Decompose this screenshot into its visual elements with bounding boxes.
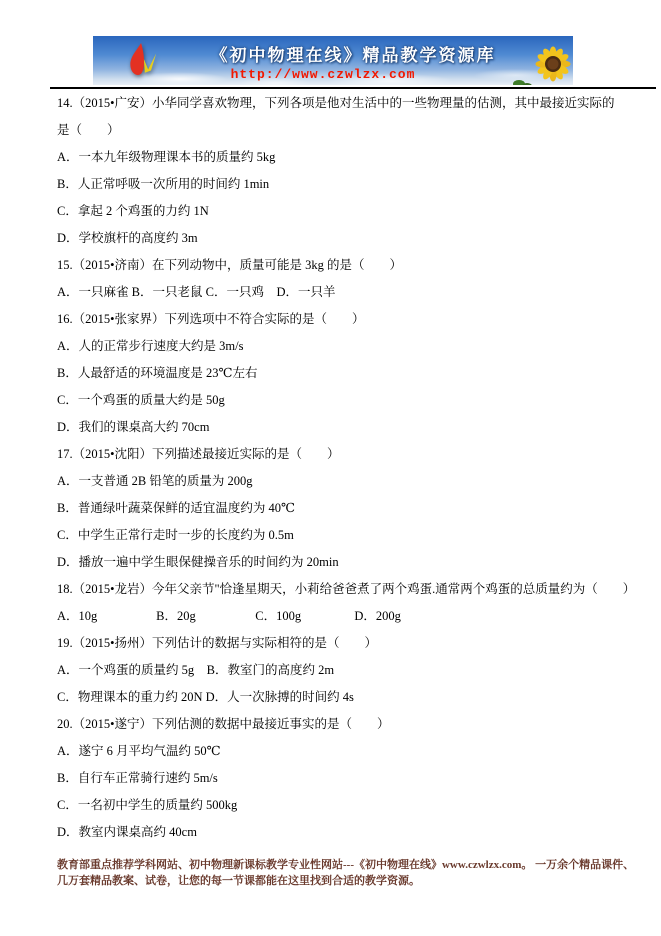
- option-row-cd: C．物理课本的重力约 20N D．人一次脉搏的时间约 4s: [57, 684, 653, 711]
- question-stem: 16.（2015•张家界）下列选项中不符合实际的是（ ）: [57, 306, 653, 333]
- question-list: 14.（2015•广安）小华同学喜欢物理，下列各项是他对生活中的一些物理量的估测…: [57, 90, 653, 846]
- question-20: 20.（2015•遂宁）下列估测的数据中最接近事实的是（ ） A．遂宁 6 月平…: [57, 711, 653, 846]
- question-stem: 14.（2015•广安）小华同学喜欢物理，下列各项是他对生活中的一些物理量的估测…: [57, 90, 653, 117]
- option-a: A．一支普通 2B 铅笔的质量为 200g: [57, 468, 653, 495]
- option-b: B．人正常呼吸一次所用的时间约 1min: [57, 171, 653, 198]
- banner-url-link[interactable]: http://www.czwlzx.com: [133, 67, 513, 82]
- option-a: A．人的正常步行速度大约是 3m/s: [57, 333, 653, 360]
- option-d: D．播放一遍中学生眼保健操音乐的时间约为 20min: [57, 549, 653, 576]
- divider-rule: [50, 87, 656, 89]
- footer-note: 教育部重点推荐学科网站、初中物理新课标教学专业性网站---《初中物理在线》www…: [57, 857, 643, 889]
- option-a: A．一本九年级物理课本书的质量约 5kg: [57, 144, 653, 171]
- option-d: D．学校旗杆的高度约 3m: [57, 225, 653, 252]
- document-page: 《初中物理在线》精品教学资源库 http://www.czwlzx.com: [0, 0, 661, 936]
- option-a: A．遂宁 6 月平均气温约 50℃: [57, 738, 653, 765]
- question-stem: 17.（2015•沈阳）下列描述最接近实际的是（ ）: [57, 441, 653, 468]
- question-17: 17.（2015•沈阳）下列描述最接近实际的是（ ） A．一支普通 2B 铅笔的…: [57, 441, 653, 576]
- question-16: 16.（2015•张家界）下列选项中不符合实际的是（ ） A．人的正常步行速度大…: [57, 306, 653, 441]
- option-row-ab: A．一个鸡蛋的质量约 5g B．教室门的高度约 2m: [57, 657, 653, 684]
- option-b: B．普通绿叶蔬菜保鲜的适宜温度约为 40℃: [57, 495, 653, 522]
- question-stem-continued: 是（ ）: [57, 117, 653, 144]
- option-d: D．我们的课桌高大约 70cm: [57, 414, 653, 441]
- option-c: C．一个鸡蛋的质量大约是 50g: [57, 387, 653, 414]
- question-19: 19.（2015•扬州）下列估计的数据与实际相符的是（ ） A．一个鸡蛋的质量约…: [57, 630, 653, 711]
- option-b: B．20g: [156, 603, 252, 630]
- question-stem: 18.（2015•龙岩）今年父亲节"恰逢星期天，小莉给爸爸煮了两个鸡蛋.通常两个…: [57, 576, 653, 603]
- site-banner: 《初中物理在线》精品教学资源库 http://www.czwlzx.com: [93, 36, 573, 85]
- banner-title: 《初中物理在线》精品教学资源库: [163, 41, 543, 66]
- question-14: 14.（2015•广安）小华同学喜欢物理，下列各项是他对生活中的一些物理量的估测…: [57, 90, 653, 252]
- question-stem: 15.（2015•济南）在下列动物中，质量可能是 3kg 的是（ ）: [57, 252, 653, 279]
- option-d: D．200g: [354, 609, 401, 623]
- question-stem: 20.（2015•遂宁）下列估测的数据中最接近事实的是（ ）: [57, 711, 653, 738]
- option-c: C．中学生正常行走时一步的长度约为 0.5m: [57, 522, 653, 549]
- option-b: B．人最舒适的环境温度是 23℃左右: [57, 360, 653, 387]
- question-15: 15.（2015•济南）在下列动物中，质量可能是 3kg 的是（ ） A．一只麻…: [57, 252, 653, 306]
- option-b: B．自行车正常骑行速约 5m/s: [57, 765, 653, 792]
- question-18: 18.（2015•龙岩）今年父亲节"恰逢星期天，小莉给爸爸煮了两个鸡蛋.通常两个…: [57, 576, 653, 630]
- option-c: C．拿起 2 个鸡蛋的力约 1N: [57, 198, 653, 225]
- option-c: C．一名初中学生的质量约 500kg: [57, 792, 653, 819]
- question-stem: 19.（2015•扬州）下列估计的数据与实际相符的是（ ）: [57, 630, 653, 657]
- option-a: A．10g: [57, 603, 153, 630]
- option-row: A．一只麻雀 B．一只老鼠 C．一只鸡 D．一只羊: [57, 279, 653, 306]
- option-d: D．教室内课桌高约 40cm: [57, 819, 653, 846]
- sunflower-icon: [513, 46, 573, 85]
- option-row: A．10g B．20g C．100g D．200g: [57, 603, 653, 630]
- option-c: C．100g: [255, 603, 351, 630]
